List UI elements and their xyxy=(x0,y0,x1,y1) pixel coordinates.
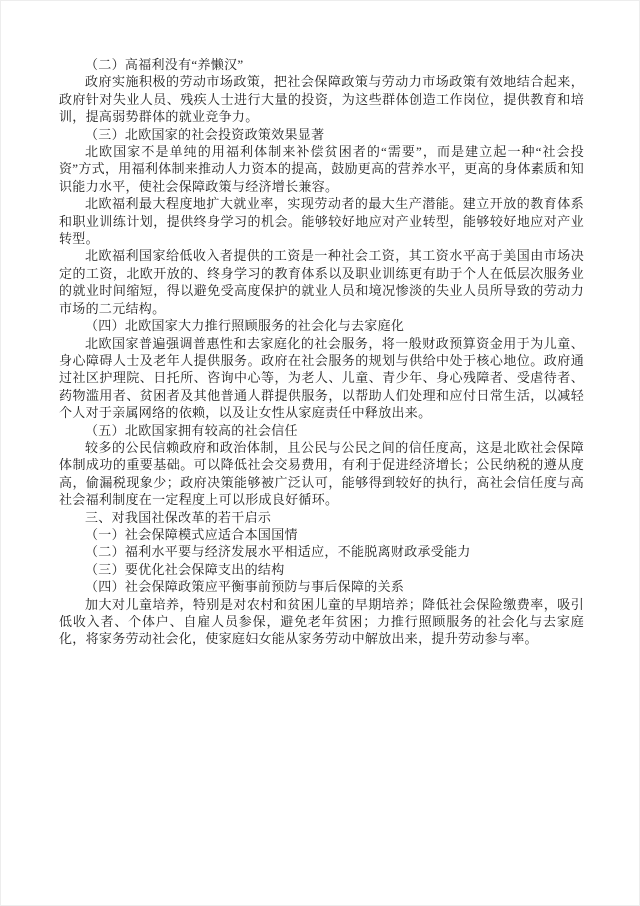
body-paragraph: 北欧福利最大程度地扩大就业率，实现劳动者的最大生产潜能。建立开放的教育体系和职业… xyxy=(59,195,584,247)
body-paragraph: 北欧国家不是单纯的用福利体制来补偿贫困者的“需要”，而是建立起一种“社会投资”方… xyxy=(59,143,584,195)
section-heading: （四）北欧国家大力推行照顾服务的社会化与去家庭化 xyxy=(59,317,584,334)
section-heading: （三）北欧国家的社会投资政策效果显著 xyxy=(59,126,584,143)
body-paragraph: 较多的公民信赖政府和政治体制，且公民与公民之间的信任度高，这是北欧社会保障体制成… xyxy=(59,439,584,509)
body-paragraph: 加大对儿童培养，特别是对农村和贫困儿童的早期培养；降低社会保险缴费率，吸引低收入… xyxy=(59,596,584,648)
section-heading: 三、对我国社保改革的若干启示 xyxy=(59,509,584,526)
document-page: （二）高福利没有“养懒汉” 政府实施积极的劳动市场政策，把社会保障政策与劳动力市… xyxy=(0,0,640,906)
section-heading: （五）北欧国家拥有较高的社会信任 xyxy=(59,422,584,439)
section-heading: （一）社会保障模式应适合本国国情 xyxy=(59,526,584,543)
body-paragraph: 北欧福利国家给低收入者提供的工资是一种社会工资，其工资水平高于美国由市场决定的工… xyxy=(59,247,584,317)
body-paragraph: 政府实施积极的劳动市场政策，把社会保障政策与劳动力市场政策有效地结合起来，政府针… xyxy=(59,73,584,125)
body-paragraph: 北欧国家普遍强调普惠性和去家庭化的社会服务，将一般财政预算资金用于为儿童、身心障… xyxy=(59,335,584,422)
section-heading: （二）福利水平要与经济发展水平相适应，不能脱离财政承受能力 xyxy=(59,543,584,560)
section-heading: （四）社会保障政策应平衡事前预防与事后保障的关系 xyxy=(59,578,584,595)
section-heading: （三）要优化社会保障支出的结构 xyxy=(59,561,584,578)
section-heading: （二）高福利没有“养懒汉” xyxy=(59,56,584,73)
